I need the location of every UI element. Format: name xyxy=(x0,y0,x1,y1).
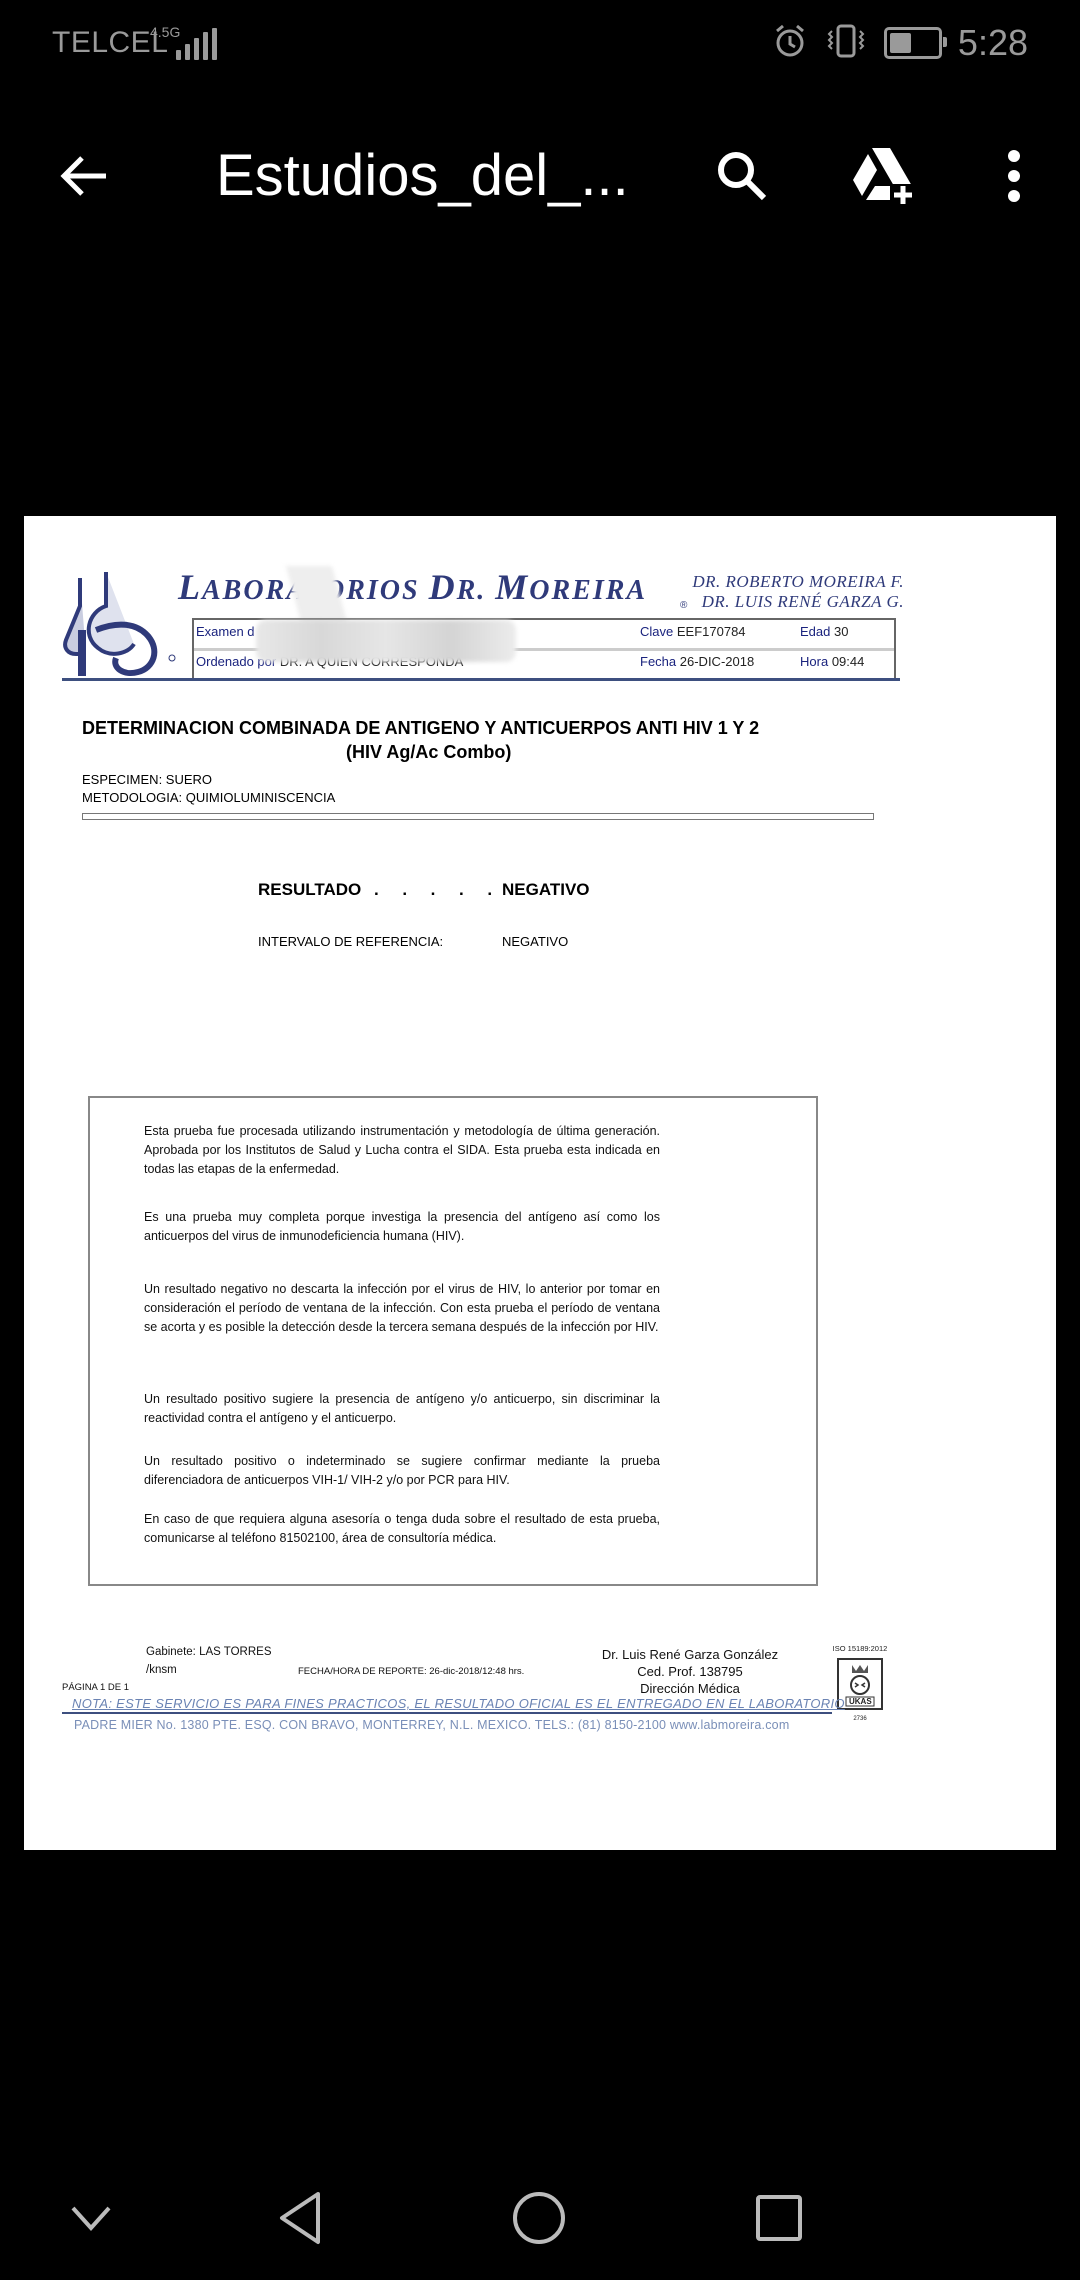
arrow-left-icon xyxy=(56,148,112,204)
hide-nav-button[interactable] xyxy=(46,2178,136,2258)
back-triangle-icon xyxy=(276,2190,326,2246)
gabinete: Gabinete: LAS TORRES xyxy=(146,1646,272,1658)
app-bar: Estudios_del_... xyxy=(0,110,1080,240)
status-bar: TELCEL 4.5G 5:28 xyxy=(0,0,1080,90)
nav-back-button[interactable] xyxy=(256,2178,346,2258)
more-options-button[interactable] xyxy=(978,140,1050,212)
note-paragraph: Un resultado negativo no descarta la inf… xyxy=(144,1280,660,1337)
pdf-page[interactable]: LABORATORIOS DR. MOREIRA ® DR. ROBERTO M… xyxy=(24,516,1056,1850)
registered-mark: ® xyxy=(680,600,687,611)
clock: 5:28 xyxy=(958,22,1028,64)
drive-add-icon xyxy=(850,146,918,206)
footer-note: NOTA: ESTE SERVICIO ES PARA FINES PRACTI… xyxy=(72,1696,845,1711)
report-datetime: FECHA/HORA DE REPORTE: 26-dic-2018/12:48… xyxy=(298,1666,524,1677)
note-paragraph: Esta prueba fue procesada utilizando ins… xyxy=(144,1122,660,1179)
doctor-2: DR. LUIS RENÉ GARZA G. xyxy=(692,592,904,612)
vibrate-icon xyxy=(824,23,868,64)
edad-label: Edad xyxy=(800,624,830,639)
lab-doctors: DR. ROBERTO MOREIRA F. DR. LUIS RENÉ GAR… xyxy=(692,572,904,612)
separator xyxy=(82,813,874,820)
specimen: ESPECIMEN: SUERO xyxy=(82,772,212,787)
clave-label: Clave xyxy=(640,624,673,639)
note-paragraph: Un resultado positivo o indeterminado se… xyxy=(144,1452,660,1490)
navigation-bar xyxy=(0,2160,1080,2280)
exam-label: Examen d xyxy=(196,624,255,639)
test-subtitle: (HIV Ag/Ac Combo) xyxy=(346,742,511,763)
result-value: NEGATIVO xyxy=(502,880,590,900)
redacted-patient-name xyxy=(256,620,516,662)
home-circle-icon xyxy=(511,2190,567,2246)
add-to-drive-button[interactable] xyxy=(848,140,920,212)
document-title: Estudios_del_... xyxy=(216,140,629,212)
signal-icon xyxy=(176,28,217,60)
doctor-1: DR. ROBERTO MOREIRA F. xyxy=(692,572,904,592)
methodology: METODOLOGIA: QUIMIOLUMINISCENCIA xyxy=(82,790,335,805)
note-paragraph: Un resultado positivo sugiere la presenc… xyxy=(144,1390,660,1428)
battery-icon xyxy=(884,27,942,59)
search-button[interactable] xyxy=(706,140,778,212)
hora-value: 09:44 xyxy=(832,654,865,669)
search-icon xyxy=(712,146,772,206)
lab-address: PADRE MIER No. 1380 PTE. ESQ. CON BRAVO,… xyxy=(74,1718,789,1732)
lab-logo-icon xyxy=(60,570,180,680)
hide-nav-icon xyxy=(69,2204,113,2232)
ukas-label: UKAS xyxy=(849,1697,872,1706)
signer-cedula: Ced. Prof. 138795 xyxy=(590,1663,790,1680)
fecha-value: 26-DIC-2018 xyxy=(680,654,754,669)
page-number: PÁGINA 1 DE 1 xyxy=(62,1682,129,1693)
iso-label: ISO 15189:2012 xyxy=(824,1644,896,1653)
ukas-accreditation-icon: ISO 15189:2012 UKAS 2736 xyxy=(824,1644,896,1726)
signer-name: Dr. Luis René Garza González xyxy=(590,1646,790,1663)
reference-label: INTERVALO DE REFERENCIA: xyxy=(258,934,443,949)
edad-value: 30 xyxy=(834,624,848,639)
clave-value: EEF170784 xyxy=(677,624,746,639)
nav-home-button[interactable] xyxy=(494,2178,584,2258)
signer-role: Dirección Médica xyxy=(590,1680,790,1697)
result-dots: . . . . . xyxy=(374,880,492,900)
fecha-label: Fecha xyxy=(640,654,676,669)
user-code: /knsm xyxy=(146,1664,177,1676)
recents-square-icon xyxy=(754,2193,804,2243)
back-button[interactable] xyxy=(48,140,120,212)
note-paragraph: En caso de que requiera alguna asesoría … xyxy=(144,1510,660,1548)
signature-block: Dr. Luis René Garza González Ced. Prof. … xyxy=(590,1646,790,1697)
lab-name: LABORATORIOS DR. MOREIRA xyxy=(178,566,647,608)
ukas-number: 2736 xyxy=(824,1716,896,1722)
result-label: RESULTADO xyxy=(258,880,361,900)
more-vert-icon xyxy=(1004,148,1024,204)
test-title: DETERMINACION COMBINADA DE ANTIGENO Y AN… xyxy=(82,718,759,739)
reference-value: NEGATIVO xyxy=(502,934,568,949)
nav-recents-button[interactable] xyxy=(734,2178,824,2258)
alarm-icon xyxy=(772,23,808,64)
hora-label: Hora xyxy=(800,654,828,669)
note-paragraph: Es una prueba muy completa porque invest… xyxy=(144,1208,660,1246)
